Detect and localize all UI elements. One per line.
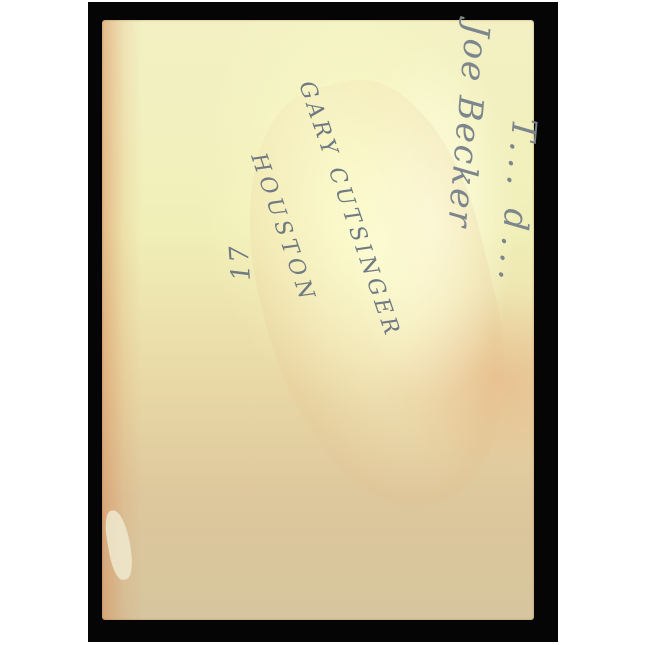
signature-line-1: Joe Becker: [439, 22, 497, 231]
card-back: GARY CUTSINGER HOUSTON 17 Joe Becker T..…: [102, 20, 534, 620]
handwritten-number: 17: [224, 243, 257, 282]
paper-peel-damage: [102, 509, 136, 582]
